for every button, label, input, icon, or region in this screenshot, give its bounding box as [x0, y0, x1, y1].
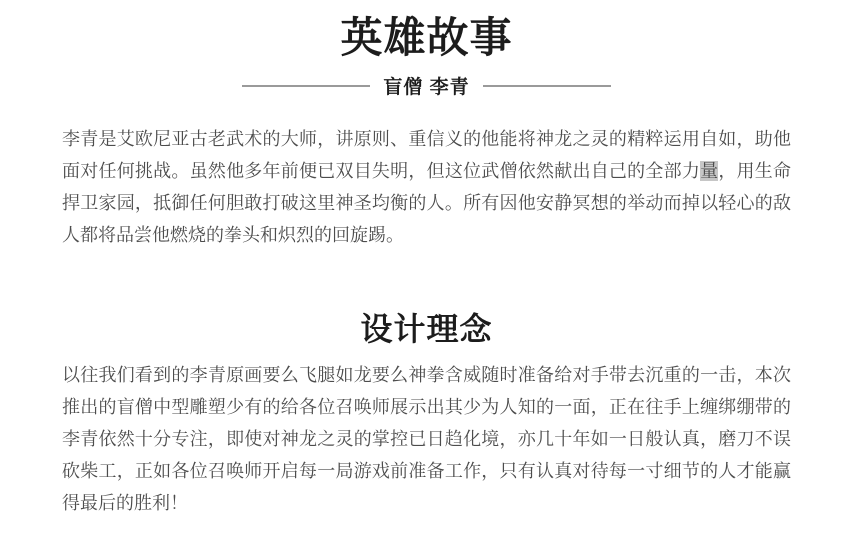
design-concept-title: 设计理念: [62, 309, 791, 349]
hero-paragraph-text-before: 李青是艾欧尼亚古老武术的大师，讲原则、重信义的他能将神龙之灵的精粹运用自如，助他…: [62, 129, 791, 181]
product-description-page: 英雄故事 盲僧 李青 李青是艾欧尼亚古老武术的大师，讲原则、重信义的他能将神龙之…: [0, 0, 853, 535]
hero-story-paragraph: 李青是艾欧尼亚古老武术的大师，讲原则、重信义的他能将神龙之灵的精粹运用自如，助他…: [62, 123, 791, 251]
hero-subtitle: 盲僧 李青: [383, 72, 469, 99]
subtitle-divider-left-line: [242, 85, 370, 87]
subtitle-divider-right-line: [483, 85, 611, 87]
highlighted-character: 量: [700, 161, 718, 181]
hero-subtitle-row: 盲僧 李青: [62, 72, 791, 99]
hero-story-title: 英雄故事: [62, 14, 791, 62]
design-concept-paragraph: 以往我们看到的李青原画要么飞腿如龙要么神拳含威随时准备给对手带去沉重的一击，本次…: [62, 359, 791, 519]
